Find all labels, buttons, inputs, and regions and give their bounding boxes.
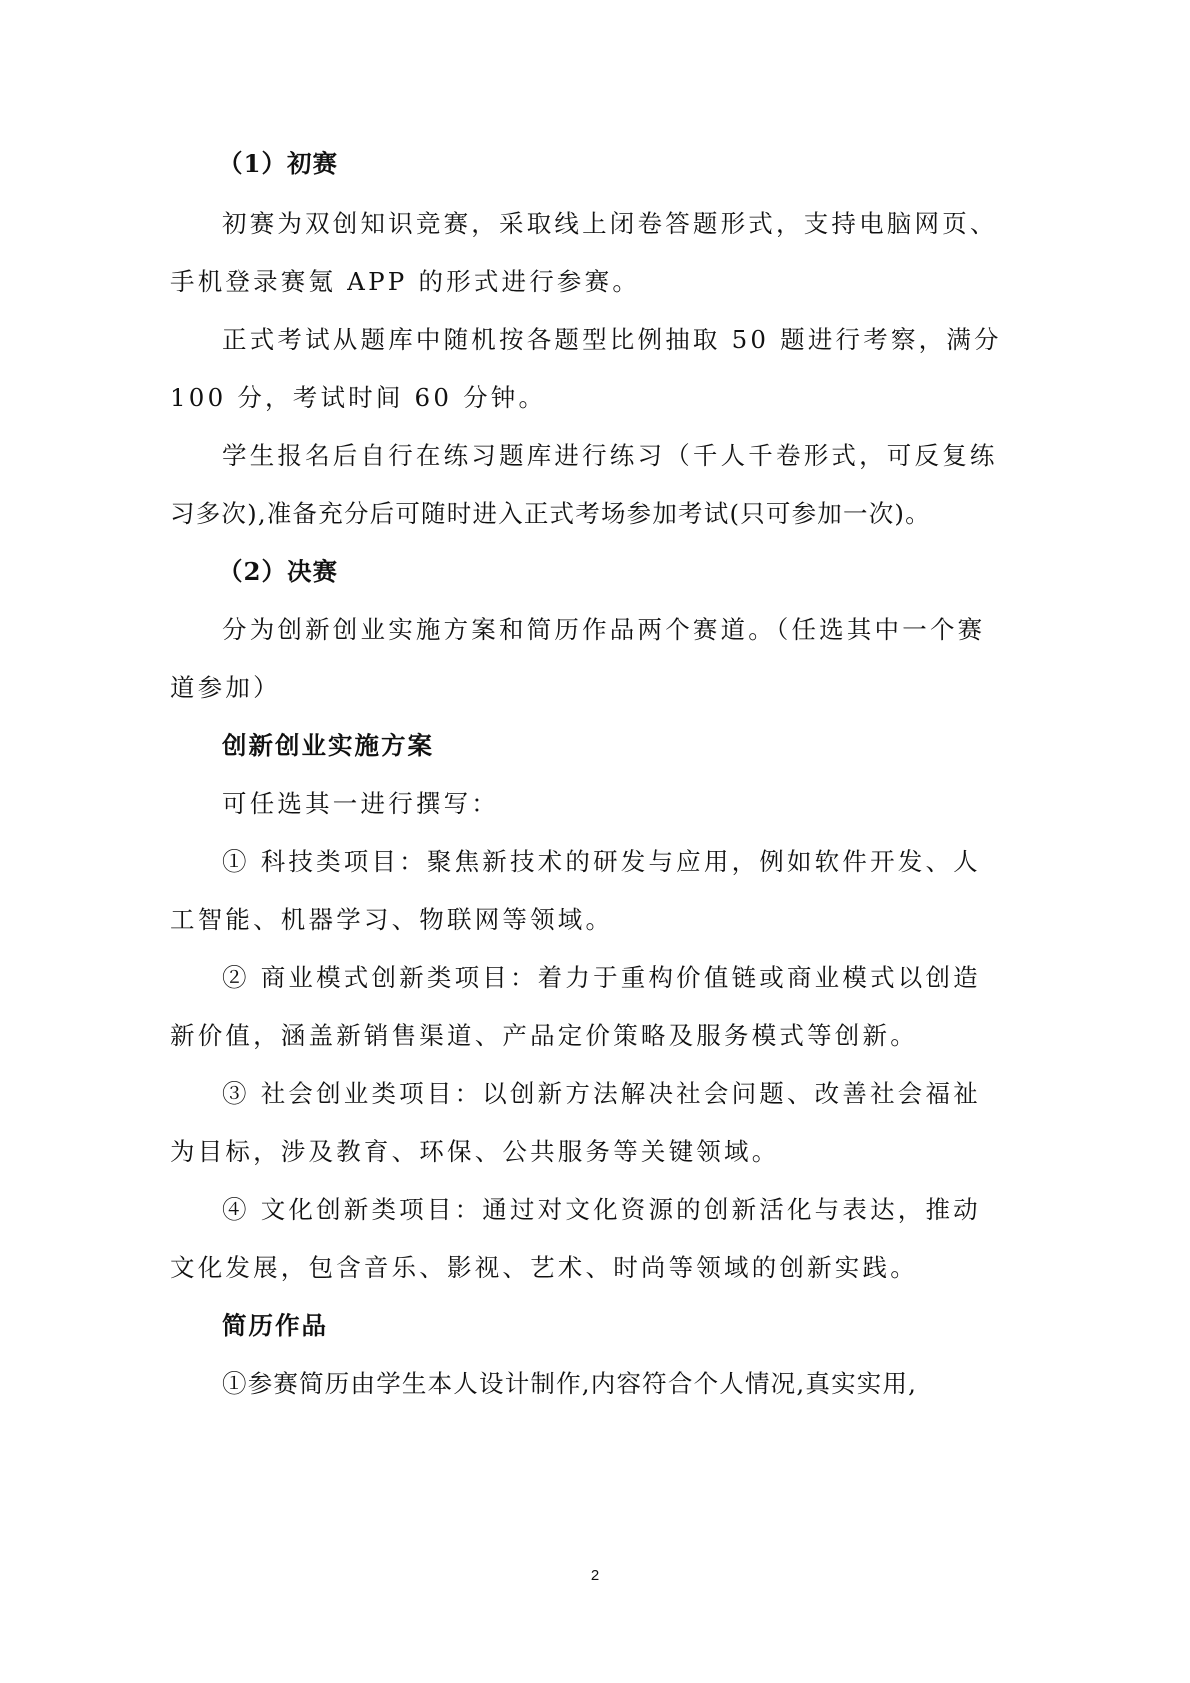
paragraph-line: 初赛为双创知识竞赛，采取线上闭卷答题形式，支持电脑网页、 [222, 208, 998, 240]
list-item-line: 为目标，涉及教育、环保、公共服务等关键领域。 [170, 1136, 779, 1168]
paragraph-line: 正式考试从题库中随机按各题型比例抽取 50 题进行考察，满分 [222, 324, 1002, 356]
paragraph-line: 习多次),准备充分后可随时进入正式考场参加考试(只可参加一次)。 [170, 498, 931, 530]
list-item-line: 新价值，涵盖新销售渠道、产品定价策略及服务模式等创新。 [170, 1020, 918, 1052]
paragraph-line: 可任选其一进行撰写： [222, 788, 499, 820]
page-number: 2 [0, 1567, 1190, 1584]
list-item-line: ③ 社会创业类项目：以创新方法解决社会问题、改善社会福祉 [222, 1078, 981, 1110]
track-heading-resume: 简历作品 [222, 1310, 328, 1342]
paragraph-line: 手机登录赛氪 APP 的形式进行参赛。 [170, 266, 640, 298]
paragraph-line: 道参加） [170, 672, 281, 704]
list-item-line: 工智能、机器学习、物联网等领域。 [170, 904, 613, 936]
section-heading-final: （2）决赛 [218, 556, 338, 588]
paragraph-line: 分为创新创业实施方案和简历作品两个赛道。（任选其中一个赛 [222, 614, 985, 646]
paragraph-line: 学生报名后自行在练习题库进行练习（千人千卷形式，可反复练 [222, 440, 998, 472]
list-item-line: ①参赛简历由学生本人设计制作,内容符合个人情况,真实实用, [222, 1368, 917, 1400]
list-item-line: ② 商业模式创新类项目：着力于重构价值链或商业模式以创造 [222, 962, 981, 994]
paragraph-line: 100 分，考试时间 60 分钟。 [170, 382, 546, 414]
section-heading-preliminary: （1）初赛 [218, 148, 338, 180]
list-item-line: 文化发展，包含音乐、影视、艺术、时尚等领域的创新实践。 [170, 1252, 918, 1284]
list-item-line: ④ 文化创新类项目：通过对文化资源的创新活化与表达，推动 [222, 1194, 981, 1226]
track-heading-plan: 创新创业实施方案 [222, 730, 434, 762]
list-item-line: ① 科技类项目：聚焦新技术的研发与应用，例如软件开发、人 [222, 846, 981, 878]
